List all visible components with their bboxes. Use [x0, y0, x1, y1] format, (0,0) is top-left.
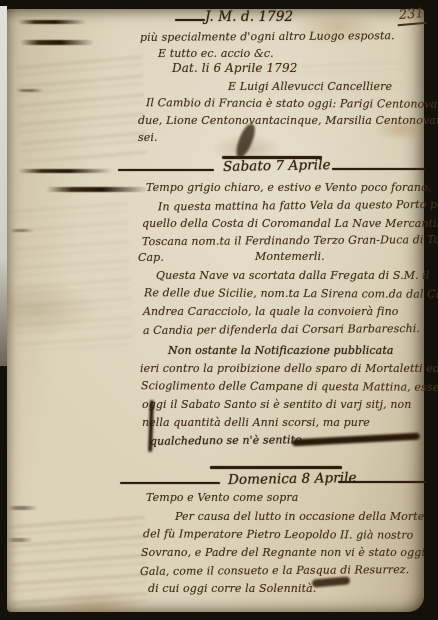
manuscript-line: sei.	[138, 131, 158, 144]
manuscript-line: Gala, come il consueto e la Pasqua di Re…	[140, 563, 409, 578]
ink-smudge	[16, 89, 44, 92]
section-rule	[338, 481, 426, 483]
manuscript-line: Montemerli.	[255, 250, 325, 263]
ink-smudge	[7, 538, 33, 542]
ink-smudge	[8, 506, 38, 510]
photographed-manuscript: 231 J. M. d. 1792 più specialmente d'ogn…	[0, 0, 438, 620]
manuscript-line: di cui oggi corre la Solennità.	[148, 582, 316, 595]
manuscript-line: quello della Costa di Coromandal La Nave…	[142, 217, 438, 230]
manuscript-page: 231 J. M. d. 1792 più specialmente d'ogn…	[7, 9, 424, 612]
section-heading: Domenica 8 Aprile	[228, 472, 357, 487]
manuscript-line: Tempo grigio chiaro, e estivo e Vento po…	[146, 181, 431, 194]
ink-smudge	[18, 169, 112, 173]
manuscript-line: più specialmente d'ogni altro Luogo espo…	[140, 29, 395, 44]
manuscript-line: Non ostante la Notificazione pubblicata	[168, 344, 394, 357]
manuscript-line: due, Lione Centonovantacinque, Marsilia …	[138, 114, 438, 127]
section-rule	[332, 168, 425, 170]
ink-stroke-horizontal	[312, 576, 351, 587]
manuscript-line: del fù Imperatore Pietro Leopoldo II. gi…	[143, 527, 414, 541]
section-rule	[210, 466, 342, 469]
manuscript-line: Per causa del lutto in occasione della M…	[175, 510, 424, 523]
ink-smudge	[20, 40, 94, 45]
manuscript-line: oggi il Sabato Santo si è sentito di var…	[142, 398, 411, 411]
manuscript-line: Toscana nom.ta il Ferdinando Terzo Gran-…	[142, 233, 438, 248]
manuscript-line: Tempo e Vento come sopra	[146, 491, 298, 504]
manuscript-line: Sovrano, e Padre del Regnante non vi è s…	[141, 546, 425, 559]
ink-smudge	[46, 187, 148, 192]
adjacent-page-edge	[0, 6, 7, 366]
manuscript-line: E tutto ec. accio &c.	[158, 47, 274, 60]
manuscript-line: nella quantità delli Anni scorsi, ma pur…	[142, 416, 370, 429]
section-heading: Sabato 7 Aprile	[223, 159, 331, 174]
manuscript-line: Scioglimento delle Campane di questa Mat…	[141, 379, 438, 394]
bleedthrough-text	[16, 51, 146, 162]
ink-stroke-horizontal	[292, 433, 420, 447]
section-rule	[118, 169, 214, 171]
heading-dash	[175, 19, 205, 21]
manuscript-line: Il Cambio di Francia è stato oggi: Parig…	[146, 96, 438, 111]
manuscript-line: qualcheduno se n'è sentito	[150, 433, 302, 448]
manuscript-line: Re delle due Sicilie, nom.ta La Sirena c…	[144, 286, 438, 301]
manuscript-line: Dat. li 6 Aprile 1792	[172, 62, 297, 75]
bleedthrough-text	[12, 197, 132, 351]
manuscript-line: Questa Nave va scortata dalla Fregata di…	[156, 269, 430, 282]
section-rule	[120, 482, 220, 484]
bleedthrough-text	[9, 512, 147, 612]
manuscript-line: Andrea Caracciolo, la quale la convoierà…	[143, 305, 398, 318]
ink-smudge	[18, 20, 86, 24]
manuscript-line: E Luigi Allevucci Cancelliere	[228, 80, 392, 93]
manuscript-line: In questa mattina ha fatto Vela da quest…	[158, 198, 438, 214]
ink-smudge	[10, 229, 34, 232]
manuscript-line: ieri contro la proibizione dello sparo d…	[140, 362, 438, 375]
manuscript-line: a Candia per difenderla dai Corsari Barb…	[143, 322, 420, 337]
year-heading: J. M. d. 1792	[205, 11, 293, 24]
page-number: 231	[396, 6, 426, 26]
ink-smudge	[233, 122, 258, 160]
manuscript-line: Cap.	[138, 251, 164, 264]
